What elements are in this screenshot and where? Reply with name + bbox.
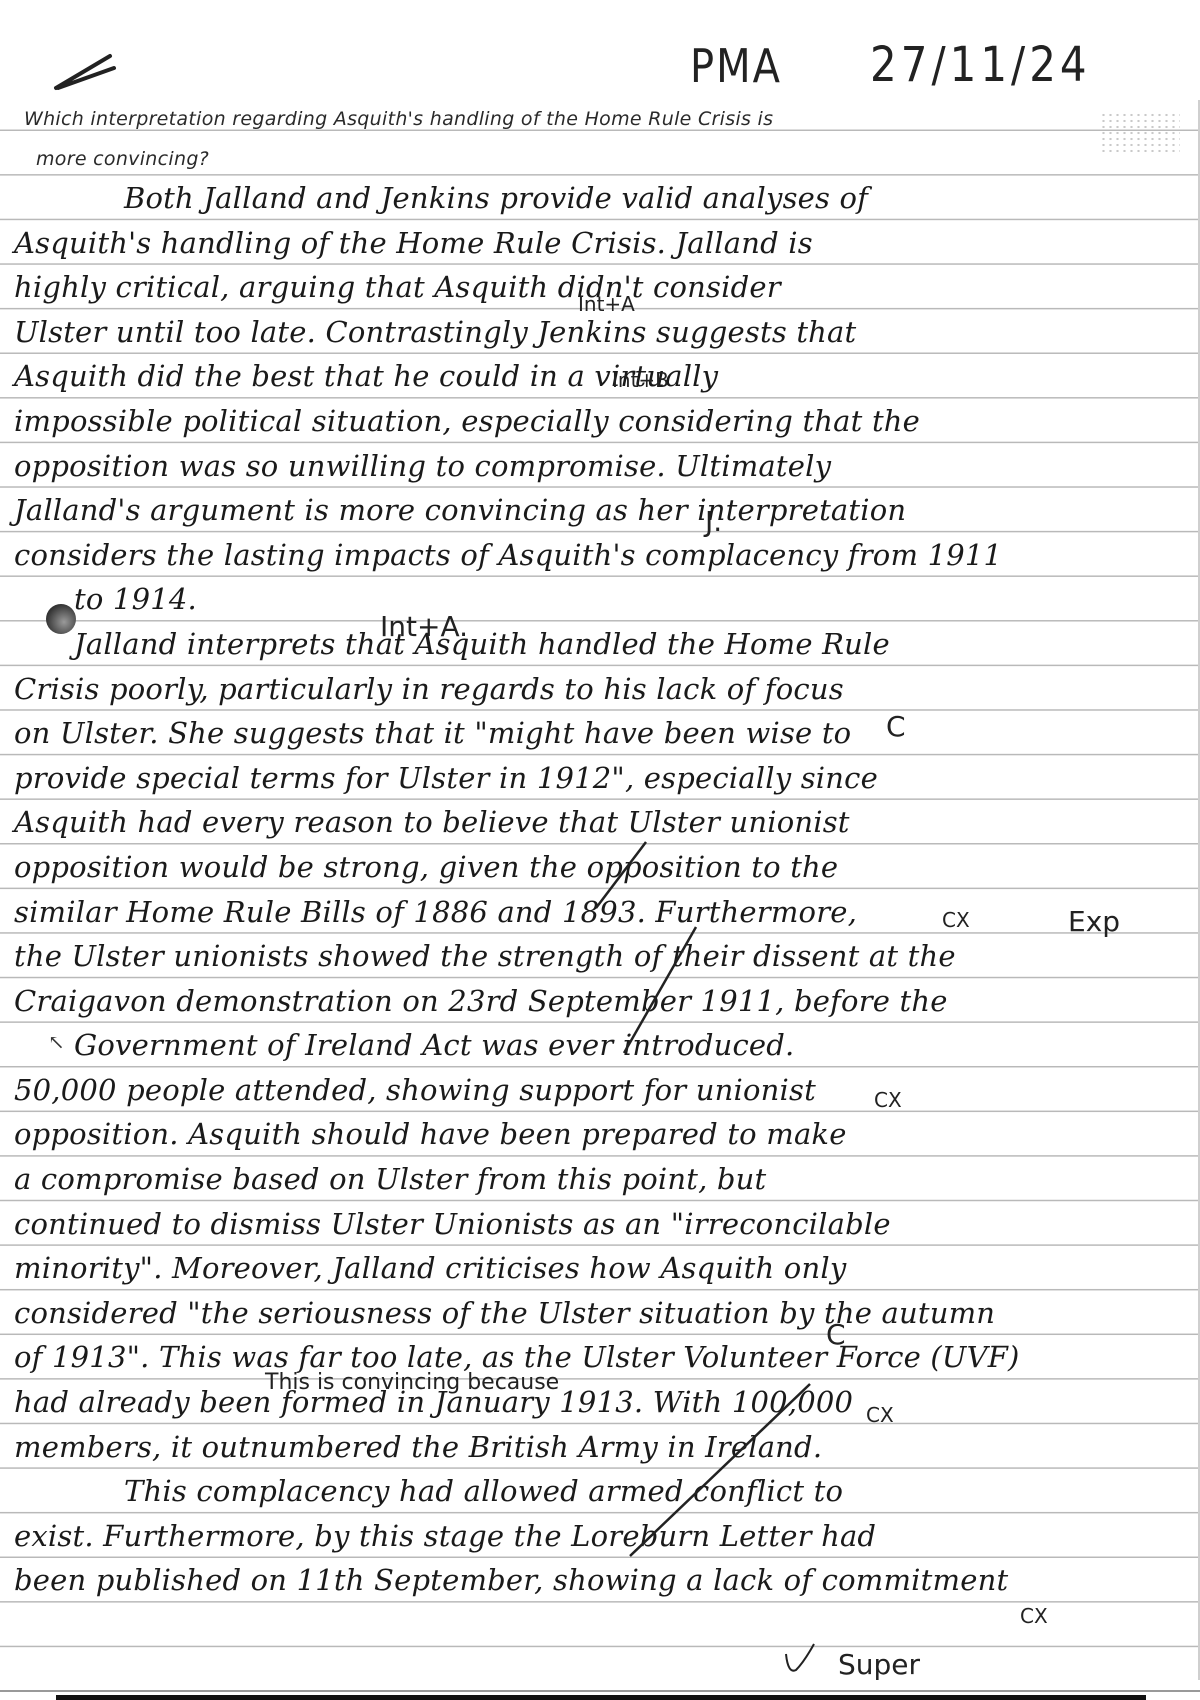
essay-line: impossible political situation, especial… [14,399,1189,444]
annotation-cx-4: CX [1020,1604,1048,1628]
header-code: PMA [690,41,782,94]
annotation-final-comment: Super [838,1648,920,1681]
essay-line: Ulster until too late. Contrastingly Jen… [14,310,1189,355]
tick-icon [780,1640,820,1680]
essay-line: to 1914. [14,577,1189,622]
essay-line: of 1913". This was far too late, as the … [14,1335,1189,1380]
annotation-int-b: Int+B [612,368,669,392]
essay-line: Government of Ireland Act was ever intro… [14,1023,1189,1068]
essay-line: members, it outnumbered the British Army… [14,1425,1189,1470]
essay-line: had already been formed in January 1913.… [14,1380,1189,1425]
annotation-cx-3: CX [866,1403,894,1427]
essay-line: Craigavon demonstration on 23rd Septembe… [14,979,1189,1024]
essay-line: 50,000 people attended, showing support … [14,1068,1189,1113]
essay-line: exist. Furthermore, by this stage the Lo… [14,1514,1189,1559]
header-date: 27/11/24 [870,36,1091,92]
annotation-cx: CX [942,908,970,932]
annotation-convincing-comment: This is convincing because [265,1370,559,1395]
annotation-exp: Exp [1068,905,1120,938]
essay-question: Which interpretation regarding Asquith's… [24,108,1024,170]
margin-scribble [1100,112,1180,152]
essay-line: Both Jalland and Jenkins provide valid a… [14,176,1189,221]
essay-line: opposition. Asquith should have been pre… [14,1112,1189,1157]
annotation-j: J. [705,505,722,538]
tick-icon [52,52,122,92]
essay-line: minority". Moreover, Jalland criticises … [14,1246,1189,1291]
essay-line: the Ulster unionists showed the strength… [14,934,1189,979]
essay-line: Asquith had every reason to believe that… [14,800,1189,845]
essay-line: Asquith did the best that he could in a … [14,354,1189,399]
essay-line: considered "the seriousness of the Ulste… [14,1291,1189,1336]
annotation-int-a-2: Int+A. [380,610,468,643]
page-bottom-rule [0,1690,1200,1692]
question-line-2: more convincing? [36,148,1024,170]
question-line-1: Which interpretation regarding Asquith's… [24,108,773,130]
annotation-int-a: Int+A [578,292,635,316]
essay-line: Crisis poorly, particularly in regards t… [14,667,1189,712]
diagonal-mark [620,925,700,1055]
essay-line: opposition was so unwilling to compromis… [14,444,1189,489]
essay-line: been published on 11th September, showin… [14,1558,1189,1603]
diagonal-mark [590,840,650,910]
annotation-c: C [886,710,906,743]
essay-line: on Ulster. She suggests that it "might h… [14,711,1189,756]
annotation-cx-2: CX [874,1088,902,1112]
diagonal-mark [620,1380,820,1560]
essay-line: continued to dismiss Ulster Unionists as… [14,1202,1189,1247]
essay-line: Asquith's handling of the Home Rule Cris… [14,221,1189,266]
essay-line: provide special terms for Ulster in 1912… [14,756,1189,801]
essay-line: Jalland's argument is more convincing as… [14,488,1189,533]
essay-line: This complacency had allowed armed confl… [14,1469,1189,1514]
essay-line: Jalland interprets that Asquith handled … [14,622,1189,667]
essay-line: considers the lasting impacts of Asquith… [14,533,1189,578]
essay-line: a compromise based on Ulster from this p… [14,1157,1189,1202]
annotation-c-2: C [826,1318,846,1351]
page-bottom-border [56,1695,1146,1700]
